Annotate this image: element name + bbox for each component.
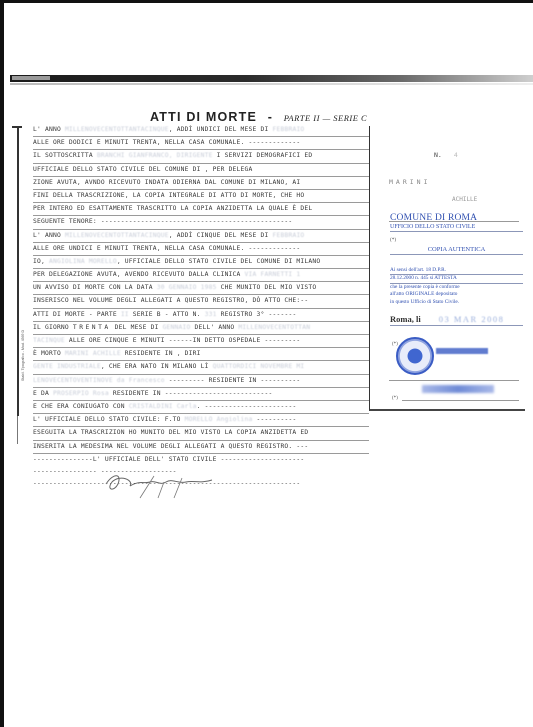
record-line: PER DELEGAZIONE AVUTA, AVENDO RICEVUTO D… [33,269,369,282]
redacted-field: GENNAIO [163,324,191,331]
redacted-field: II [121,311,129,318]
line-text: INSERITA LA MEDESIMA NEL VOLUME DEGLI AL… [33,443,308,450]
line-text: RESIDENTE IN --------------------------- [109,390,273,397]
line-text: PER DELEGAZIONE AVUTA, AVENDO RICEVUTO D… [33,271,245,278]
deceased-given-name: ACHILLE [452,196,477,203]
record-line: INSERITA LA MEDESIMA NEL VOLUME DEGLI AL… [33,441,369,454]
record-line: L' ANNO MILLENOVECENTOTTANTACINQUE, ADDÌ… [33,124,369,137]
margin-rule-lower [17,416,18,444]
record-line: L' UFFICIALE DELLO STATO CIVILE: F.TO MO… [33,414,369,427]
record-line: GENTE INDUSTRIALE, CHE ERA NATO IN MILAN… [33,361,369,374]
record-line: ESEGUITA LA TRASCRIZION HO MUNITO DEL MI… [33,427,369,440]
margin-rule [17,126,19,416]
line-text: DEL MESE DI [111,324,163,331]
redacted-field: MILLENOVECENTOTTAN [238,324,310,331]
redacted-field: 30 GENNAIO 1985 [157,284,217,291]
deceased-surname: MARINI [389,178,430,186]
record-line: IL GIORNO TRENTA DEL MESE DI GENNAIO DEL… [33,322,369,335]
record-line: TACINQUE ALLE ORE CINQUE E MINUTI ------… [33,335,369,348]
stamp-place: Roma, li [390,314,421,324]
line-text: DELL' ANNO [191,324,239,331]
record-line: ALLE ORE DODICI E MINUTI TRENTA, NELLA C… [33,137,369,150]
redacted-field: ANGIOLINA MORELLO [49,258,117,265]
seal-asterisk: (*) [392,342,398,347]
seal-official-label [436,348,488,354]
stamp-law-line: in questo Ufficio di Stato Civile. [390,299,523,307]
title-text: ATTI DI MORTE [150,110,257,124]
header-bar-shadow [10,83,533,85]
line-text: È MORTO [33,350,65,357]
stamp-place-date: Roma, li03 MAR 2008 [390,313,523,326]
record-line: E CHE ERA CONIUGATO CON CRISTALDINI Carl… [33,401,369,414]
stamp-law-line: 28.12.2000 n. 445 si ATTESTA [390,275,523,284]
line-text: ATTI DI MORTE - PARTE [33,311,121,318]
redacted-field: LENOVECENTOVENTINOVE da Francesco [33,377,165,384]
stamp-date: 03 MAR 2008 [439,314,505,324]
redacted-field: GENTE INDUSTRIALE [33,363,101,370]
record-line: UN AVVISO DI MORTE CON LA DATA 30 GENNAI… [33,282,369,295]
record-line: UFFICIALE DELLO STATO CIVILE DEL COMUNE … [33,164,369,177]
stamp-comune: COMUNE DI ROMA [390,213,523,223]
line-text: L' ANNO [33,126,65,133]
line-text: , DIRI [177,350,201,357]
stamp-law-line: all'atto ORIGINALE depositato [390,291,523,299]
record-line: È MORTO MARINI ACHILLE RESIDENTE IN , DI… [33,348,369,361]
stamp-asterisk: (*) [390,237,523,245]
redacted-field: MORELLO Angiolina [185,416,253,423]
signature-rule [389,380,519,381]
redacted-field: QUATTORDICI NOVEMBRE MI [213,363,305,370]
printer-mark: Stabil. Tipografico - Mod. 4569 D [21,330,27,420]
line-text: I SERVIZI DEMOGRAFICI ED [213,152,313,159]
line-text: SERIE B - ATTO N. [129,311,205,318]
signature-rule-lower [402,400,519,401]
line-text: ALLE ORE DODICI E MINUTI TRENTA, NELLA C… [33,139,300,146]
line-text: . ----------------------- [197,403,297,410]
line-text: FINI DELLA TRASCRIZIONE, LA COPIA INTEGR… [33,192,304,199]
record-line: L' ANNO MILLENOVECENTOTTANTACINQUE, ADDÌ… [33,230,369,243]
line-text: ---------------L' UFFICIALE DELL' STATO … [33,456,304,463]
official-signature [422,385,494,393]
record-number-value: 4 [454,151,458,159]
line-text: ---------- [253,416,297,423]
redacted-field: MILLENOVECENTOTTANTACINQUE [65,126,169,133]
redacted-field: 331 [205,311,217,318]
redacted-field: CRISTALDINI Carla [129,403,197,410]
stamp-ufficio: UFFICIO DELLO STATO CIVILE [390,223,523,232]
redacted-field: MARINI ACHILLE [65,350,121,357]
record-line: INSERISCO NEL VOLUME DEGLI ALLEGATI A QU… [33,295,369,308]
line-text: IL GIORNO [33,324,73,331]
line-text: TRENTA [73,324,111,331]
record-number: N.4 [434,151,458,159]
line-text: REGISTRO 3° ------- [217,311,297,318]
death-record-text: L' ANNO MILLENOVECENTOTTANTACINQUE, ADDÌ… [33,124,369,490]
line-text: , PER DELEGA [205,166,253,173]
record-line: IO, ANGIOLINA MORELLO, UFFICIALE DELLO S… [33,256,369,269]
scan-border-left [0,0,4,727]
record-line: ALLE ORE UNDICI E MINUTI TRENTA, NELLA C… [33,243,369,256]
line-text: IO, [33,258,49,265]
line-text: SEGUENTE TENORE: -----------------------… [33,218,292,225]
title-subtitle: PARTE II — SERIE C [284,113,367,123]
redacted-field: VIA FARNETTI 1 [245,271,301,278]
title-separator: - [268,110,273,124]
record-line: IL SOTTOSCRITTA BRANCHI GIANFRANCO, DIRI… [33,150,369,163]
redacted-field: MILLENOVECENTOTTANTACINQUE [65,232,169,239]
scan-border-top [0,0,533,3]
line-text: --------- RESIDENTE IN ---------- [165,377,301,384]
handwritten-signature [100,470,220,500]
line-text: , ADDÌ CINQUE DEL MESE DI [169,232,273,239]
line-text: L' UFFICIALE DELLO STATO CIVILE: F.TO [33,416,185,423]
line-text: L' ANNO [33,232,65,239]
signature-asterisk: (*) [392,396,398,401]
line-text: ZIONE AVUTA, AVNDO RICEVUTO INDATA ODIER… [33,179,300,186]
line-text: E DA [33,390,53,397]
line-text: UN AVVISO DI MORTE CON LA DATA [33,284,157,291]
record-line: ZIONE AVUTA, AVNDO RICEVUTO INDATA ODIER… [33,177,369,190]
line-text: ALLE ORE UNDICI E MINUTI TRENTA, NELLA C… [33,245,300,252]
record-line: E DA PROSERPIO Rosa RESIDENTE IN -------… [33,388,369,401]
line-text: CHE MUNITO DEL MIO VISTO [217,284,317,291]
redacted-field: FEBBRAIO [273,232,305,239]
authentication-stamp: COMUNE DI ROMA UFFICIO DELLO STATO CIVIL… [390,213,523,326]
redacted-field: FEBBRAIO [273,126,305,133]
municipal-seal-icon [396,337,434,375]
record-line: FINI DELLA TRASCRIZIONE, LA COPIA INTEGR… [33,190,369,203]
redacted-field: BRANCHI GIANFRANCO, DIRIGENTE [97,152,213,159]
document-title: ATTI DI MORTE - PARTE II — SERIE C [150,110,367,124]
stamp-copia-autentica: COPIA AUTENTICA [390,245,523,255]
line-text: ALLE ORE CINQUE E MINUTI ------IN DETTO … [65,337,300,344]
line-text: INSERISCO NEL VOLUME DEGLI ALLEGATI A QU… [33,297,308,304]
record-line: ATTI DI MORTE - PARTE II SERIE B - ATTO … [33,309,369,322]
line-text: , CHE ERA NATO IN MILANO LÌ [101,363,213,370]
line-text: RESIDENTE IN [121,350,177,357]
line-text: IL SOTTOSCRITTA [33,152,97,159]
record-line: ---------------L' UFFICIALE DELL' STATO … [33,454,369,466]
register-header-bar [10,75,533,82]
line-text: E CHE ERA CONIUGATO CON [33,403,129,410]
line-text: PER INTERO ED ESATTAMENTE TRASCRITTO LA … [33,205,312,212]
line-text: , UFFICIALE DELLO STATO CIVILE DEL COMUN… [117,258,321,265]
printer-mark-text: Stabil. Tipografico - Mod. 4569 D [21,330,25,381]
line-text: UFFICIALE DELLO STATO CIVILE DEL COMUNE … [33,166,205,173]
record-line: LENOVECENTOVENTINOVE da Francesco ------… [33,375,369,388]
line-text: , ADDÌ UNDICI DEL MESE DI [169,126,273,133]
record-number-label: N. [434,151,442,159]
record-line: PER INTERO ED ESATTAMENTE TRASCRITTO LA … [33,203,369,216]
redacted-field: TACINQUE [33,337,65,344]
stamp-law-line: Ai sensi dell'art. 18 D.P.R. [390,267,523,276]
record-line: SEGUENTE TENORE: -----------------------… [33,216,369,229]
redacted-field: PROSERPIO Rosa [53,390,109,397]
line-text: ESEGUITA LA TRASCRIZION HO MUNITO DEL MI… [33,429,308,436]
stamp-law-line: che la presente copia è conforme [390,284,523,292]
